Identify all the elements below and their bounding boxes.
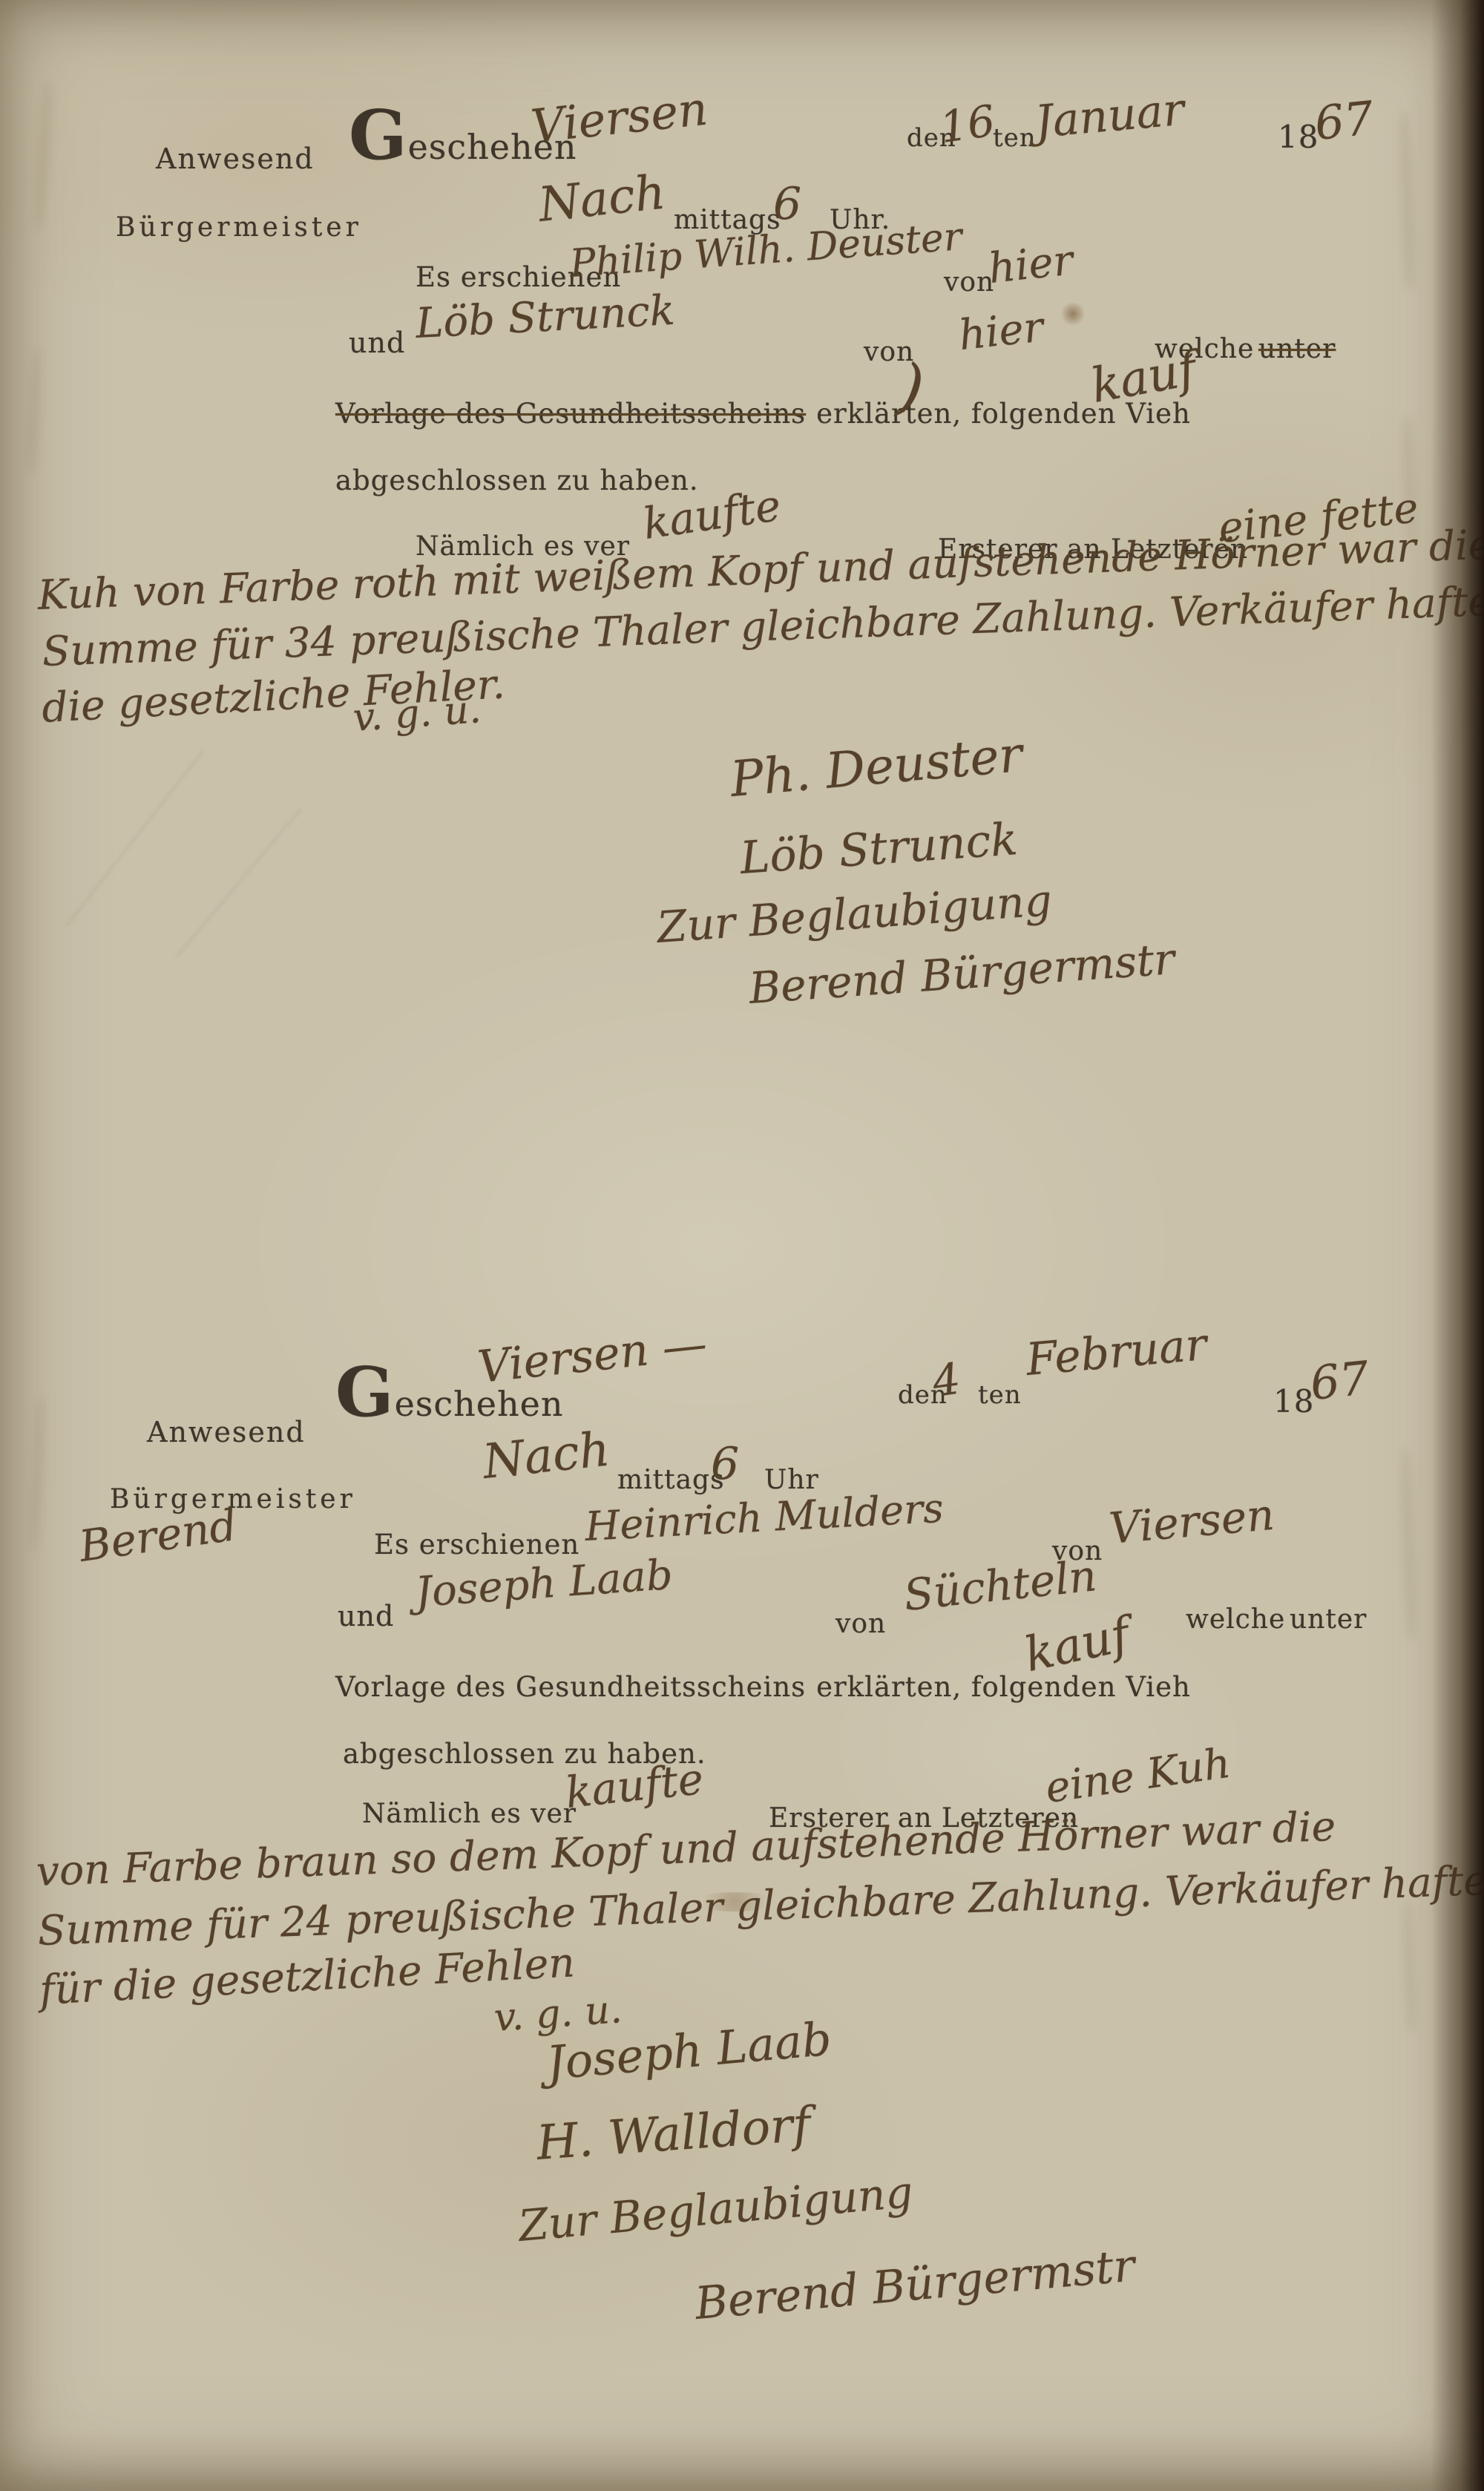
signature-buergermeister: Berend Bürgermstr: [747, 933, 1176, 1014]
scanned-document-page: Geschehen Viersen den 16 ten Januar 18 6…: [0, 0, 1484, 2491]
handwritten-buyer-place: Süchteln: [902, 1550, 1099, 1621]
vorlage-struck-text: Vorlage des Gesundheitsscheins: [335, 398, 806, 430]
bleed-through-mark: [1399, 1447, 1416, 1640]
printed-von-label: von: [835, 1609, 886, 1639]
printed-ten-label: ten: [993, 123, 1037, 153]
handwritten-month: Januar: [1033, 84, 1186, 148]
printed-und-label: und: [338, 1600, 394, 1632]
handwritten-nach: Nach: [536, 165, 668, 233]
handwritten-year-suffix: 67: [1312, 91, 1376, 151]
printed-unter-label: unter: [1290, 1604, 1367, 1635]
printed-ten-label: ten: [978, 1380, 1022, 1410]
margin-anwesend-label: Anwesend: [156, 142, 315, 175]
handwritten-place: Viersen —: [476, 1318, 709, 1394]
handwritten-day: 16: [937, 95, 999, 153]
handwritten-beglaubigung: Zur Beglaubigung: [516, 2167, 915, 2251]
printed-year-prefix: 18: [1278, 119, 1319, 155]
handwritten-place: Viersen: [528, 81, 710, 154]
handwritten-buyer-name: Joseph Laab: [413, 1551, 674, 1617]
bleed-through-mark: [29, 1395, 47, 1551]
margin-anwesend-label: Anwesend: [147, 1416, 306, 1448]
signature-seller: H. Walldorf: [535, 2097, 812, 2171]
handwritten-seller-place: Viersen: [1107, 1489, 1276, 1554]
ink-stain: [1060, 303, 1086, 325]
bleed-through-mark: [1398, 111, 1416, 289]
pencil-scratch: [65, 750, 204, 927]
printed-welche-label: welche: [1186, 1604, 1285, 1635]
signature-seller: Ph. Deuster: [728, 726, 1025, 808]
printed-von-label: von: [944, 267, 994, 298]
printed-mittags-label: mittags: [617, 1465, 725, 1495]
handwritten-sale-object: eine Kuh: [1043, 1739, 1233, 1813]
printed-abgeschlossen-line: abgeschlossen zu haben.: [335, 465, 699, 496]
printed-uhr-label: Uhr: [764, 1465, 819, 1495]
handwritten-hour: 6: [773, 178, 801, 230]
printed-und-label: und: [349, 326, 405, 359]
signature-buergermeister: Berend Bürgermstr: [693, 2239, 1137, 2330]
handwritten-vgu-abbreviation: v. g. u.: [352, 687, 482, 741]
handwritten-nach: Nach: [480, 1422, 612, 1490]
bleed-through-mark: [33, 82, 54, 230]
bleed-through-mark: [1402, 1900, 1416, 2033]
handwritten-year-suffix: 67: [1307, 1350, 1371, 1411]
printed-year-prefix: 18: [1273, 1383, 1314, 1420]
printed-naemlich-label: Nämlich es ver: [362, 1799, 577, 1829]
printed-es-erschienen-label: Es erschienen: [374, 1529, 580, 1560]
bleed-through-mark: [27, 349, 42, 475]
vorlage-text: Vorlage des Gesundheitsscheins: [335, 1671, 806, 1703]
erklaerten-text: erklärten, folgenden Vieh: [816, 1671, 1191, 1703]
handwritten-hour: 6: [711, 1438, 739, 1490]
margin-buergermeister-signature: Berend: [76, 1500, 240, 1572]
handwritten-buyer-name: Löb Strunck: [415, 286, 677, 348]
handwritten-month: Februar: [1024, 1319, 1209, 1386]
handwritten-buyer-place: hier: [956, 303, 1045, 360]
handwritten-seller-place: hier: [986, 236, 1075, 293]
margin-buergermeister-label: Bürgermeister: [116, 212, 362, 243]
book-binding-edge: [1431, 0, 1484, 2491]
printed-unter-struck: unter: [1258, 334, 1336, 364]
printed-vorlage-line: Vorlage des Gesundheitsscheinserklärten,…: [335, 398, 1191, 430]
signature-buyer: Löb Strunck: [738, 813, 1020, 885]
pencil-scratch: [176, 808, 301, 957]
handwritten-beglaubigung: Zur Beglaubigung: [655, 875, 1053, 953]
